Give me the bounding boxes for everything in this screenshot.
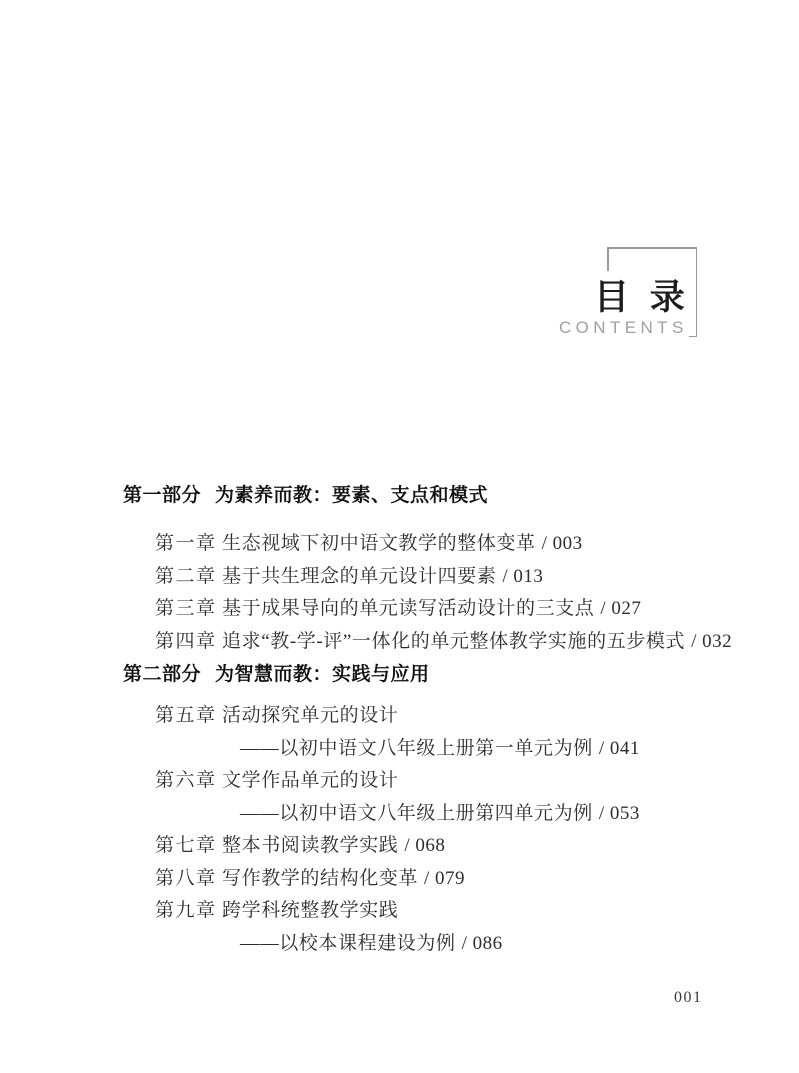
chapter-title: 整本书阅读教学实践 <box>222 830 398 863</box>
chapter-page: / 013 <box>502 561 543 594</box>
chapter-row: 第四章 追求“教-学-评”一体化的单元整体教学实施的五步模式 / 032 <box>155 626 779 659</box>
chapter-title: 基于成果导向的单元读写活动设计的三支点 <box>222 593 594 626</box>
chapter-label: 第八章 <box>155 863 222 896</box>
chapter-page: / 053 <box>599 798 640 831</box>
chapter-page: / 086 <box>462 928 503 961</box>
chapter-subtitle-row: ——以初中语文八年级上册第四单元为例 / 053 <box>155 798 779 831</box>
chapter-row: 第二章 基于共生理念的单元设计四要素 / 013 <box>155 561 779 594</box>
chapter-page: / 032 <box>691 626 732 659</box>
chapter-label: 第一章 <box>155 528 222 561</box>
chapter-page: / 003 <box>542 528 583 561</box>
chapter-page: / 079 <box>424 863 465 896</box>
chapter-page: / 041 <box>599 733 640 766</box>
chapter-row: 第九章 跨学科统整教学实践 <box>155 895 779 928</box>
chapter-label: 第二章 <box>155 561 222 594</box>
bracket-right-line <box>696 247 698 337</box>
chapter-label: 第九章 <box>155 895 222 928</box>
chapter-subtitle: ——以校本课程建设为例 <box>222 928 456 961</box>
chapter-row: 第六章 文学作品单元的设计 <box>155 765 779 798</box>
chapter-subtitle-row: ——以校本课程建设为例 / 086 <box>155 928 779 961</box>
part-1-title: 为素养而教：要素、支点和模式 <box>215 485 488 506</box>
chapter-label: 第四章 <box>155 626 222 659</box>
part-2-heading: 第二部分为智慧而教：实践与应用 <box>123 658 430 691</box>
chapter-title: 生态视域下初中语文教学的整体变革 <box>222 528 536 561</box>
chapter-page: / 027 <box>600 593 641 626</box>
chapter-label: 第七章 <box>155 830 222 863</box>
chapter-title: 基于共生理念的单元设计四要素 <box>222 561 496 594</box>
toc-title-english: CONTENTS <box>559 319 688 336</box>
chapter-label: 第六章 <box>155 765 222 798</box>
page-number: 001 <box>674 988 703 1007</box>
bracket-bottom-foot <box>689 336 697 338</box>
toc-page: 目 录 CONTENTS 第一部分为素养而教：要素、支点和模式 第一章 生态视域… <box>0 0 799 1073</box>
chapter-subtitle-row: ——以初中语文八年级上册第一单元为例 / 041 <box>155 733 779 766</box>
chapter-row: 第八章 写作教学的结构化变革 / 079 <box>155 863 779 896</box>
chapter-subtitle: ——以初中语文八年级上册第四单元为例 <box>222 798 593 831</box>
bracket-left-stub <box>607 247 609 271</box>
chapter-row: 第五章 活动探究单元的设计 <box>155 700 779 733</box>
chapter-title: 追求“教-学-评”一体化的单元整体教学实施的五步模式 <box>222 626 685 659</box>
chapter-row: 第七章 整本书阅读教学实践 / 068 <box>155 830 779 863</box>
part-1-heading: 第一部分为素养而教：要素、支点和模式 <box>123 479 488 512</box>
chapter-title: 活动探究单元的设计 <box>222 700 398 733</box>
chapter-label: 第五章 <box>155 700 222 733</box>
part-1-label: 第一部分 <box>123 485 201 506</box>
chapter-title: 写作教学的结构化变革 <box>222 863 418 896</box>
part-1-chapter-list: 第一章 生态视域下初中语文教学的整体变革 / 003 第二章 基于共生理念的单元… <box>155 528 779 658</box>
part-2-title: 为智慧而教：实践与应用 <box>215 664 430 685</box>
chapter-row: 第三章 基于成果导向的单元读写活动设计的三支点 / 027 <box>155 593 779 626</box>
part-2-chapter-list: 第五章 活动探究单元的设计 ——以初中语文八年级上册第一单元为例 / 041 第… <box>155 700 779 960</box>
chapter-page: / 068 <box>404 830 445 863</box>
chapter-subtitle: ——以初中语文八年级上册第一单元为例 <box>222 733 593 766</box>
chapter-title: 跨学科统整教学实践 <box>222 895 398 928</box>
bracket-top-line <box>607 247 697 249</box>
chapter-row: 第一章 生态视域下初中语文教学的整体变革 / 003 <box>155 528 779 561</box>
part-2-label: 第二部分 <box>123 664 201 685</box>
toc-title-chinese: 目 录 <box>594 280 685 315</box>
chapter-label: 第三章 <box>155 593 222 626</box>
chapter-title: 文学作品单元的设计 <box>222 765 398 798</box>
